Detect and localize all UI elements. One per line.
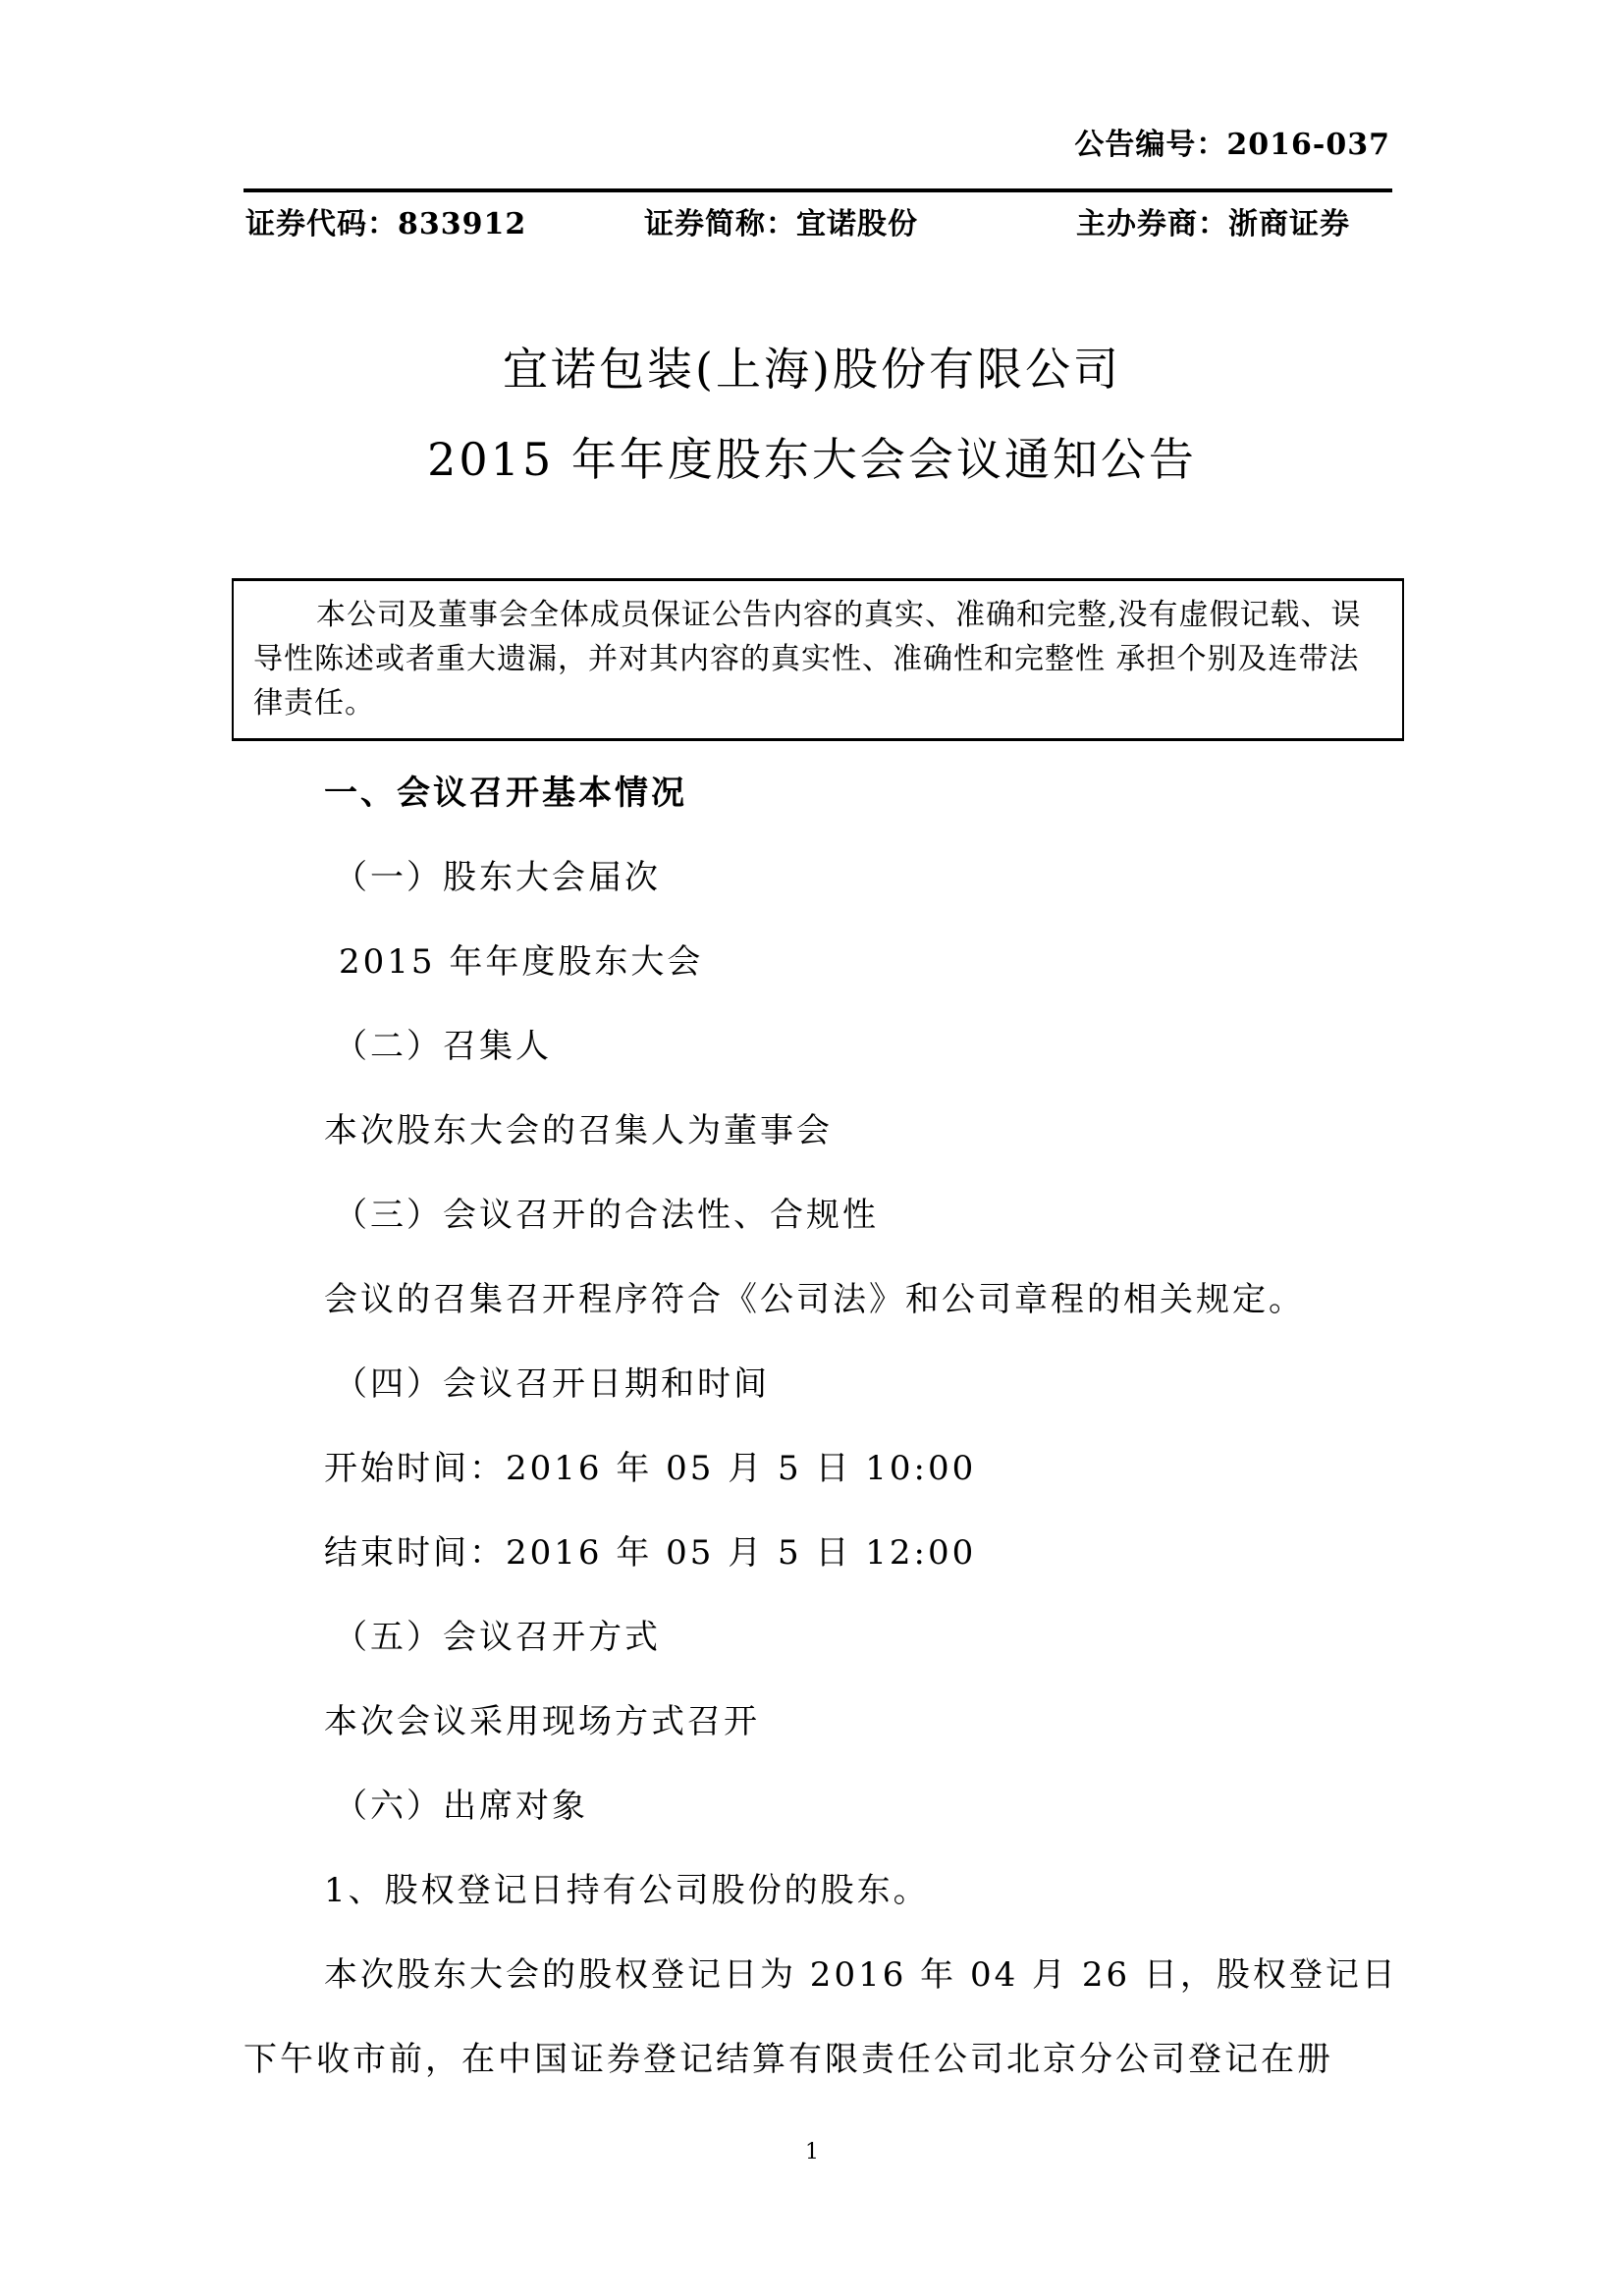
header-rule [244,188,1392,192]
record-date-paragraph-line1: 本次股东大会的股权登记日为 2016 年 04 月 26 日，股权登记日 [324,1948,1398,1996]
meeting-method-text: 本次会议采用现场方式召开 [324,1694,760,1742]
meeting-session: 2015 年年度股东大会 [339,934,703,983]
document-title-line2: 2015 年年度股东大会会议通知公告 [0,424,1624,489]
attendee-item-1: 1、股权登记日持有公司股份的股东。 [324,1863,930,1911]
subsection-heading-1: （一）股东大会届次 [334,850,661,898]
subsection-heading-2: （二）召集人 [334,1019,552,1067]
convener-text: 本次股东大会的召集人为董事会 [324,1103,833,1151]
disclaimer-text: 本公司及董事会全体成员保证公告内容的真实、准确和完整,没有虚假记载、误导性陈述或… [253,593,1382,725]
subsection-heading-6: （六）出席对象 [334,1779,588,1827]
legality-text: 会议的召集召开程序符合《公司法》和公司章程的相关规定。 [324,1272,1305,1320]
subsection-heading-5: （五）会议召开方式 [334,1610,661,1658]
page-number: 1 [0,2140,1624,2164]
record-date-paragraph-line2: 下午收市前，在中国证券登记结算有限责任公司北京分公司登记在册 [244,2032,1333,2080]
security-abbreviation: 证券简称：宜诺股份 [644,199,918,242]
security-code: 证券代码：833912 [245,199,526,242]
start-time: 开始时间：2016 年 05 月 5 日 10:00 [324,1441,976,1489]
section-heading-1: 一、会议召开基本情况 [324,766,687,814]
announcement-number: 公告编号：2016-037 [1074,120,1390,163]
subsection-heading-3: （三）会议召开的合法性、合规性 [334,1188,879,1236]
sponsor-broker: 主办券商：浙商证券 [1076,199,1350,242]
subsection-heading-4: （四）会议召开日期和时间 [334,1357,770,1405]
end-time: 结束时间：2016 年 05 月 5 日 12:00 [324,1525,976,1574]
document-title-line1: 宜诺包装(上海)股份有限公司 [0,334,1624,399]
disclaimer-box: 本公司及董事会全体成员保证公告内容的真实、准确和完整,没有虚假记载、误导性陈述或… [232,578,1404,741]
